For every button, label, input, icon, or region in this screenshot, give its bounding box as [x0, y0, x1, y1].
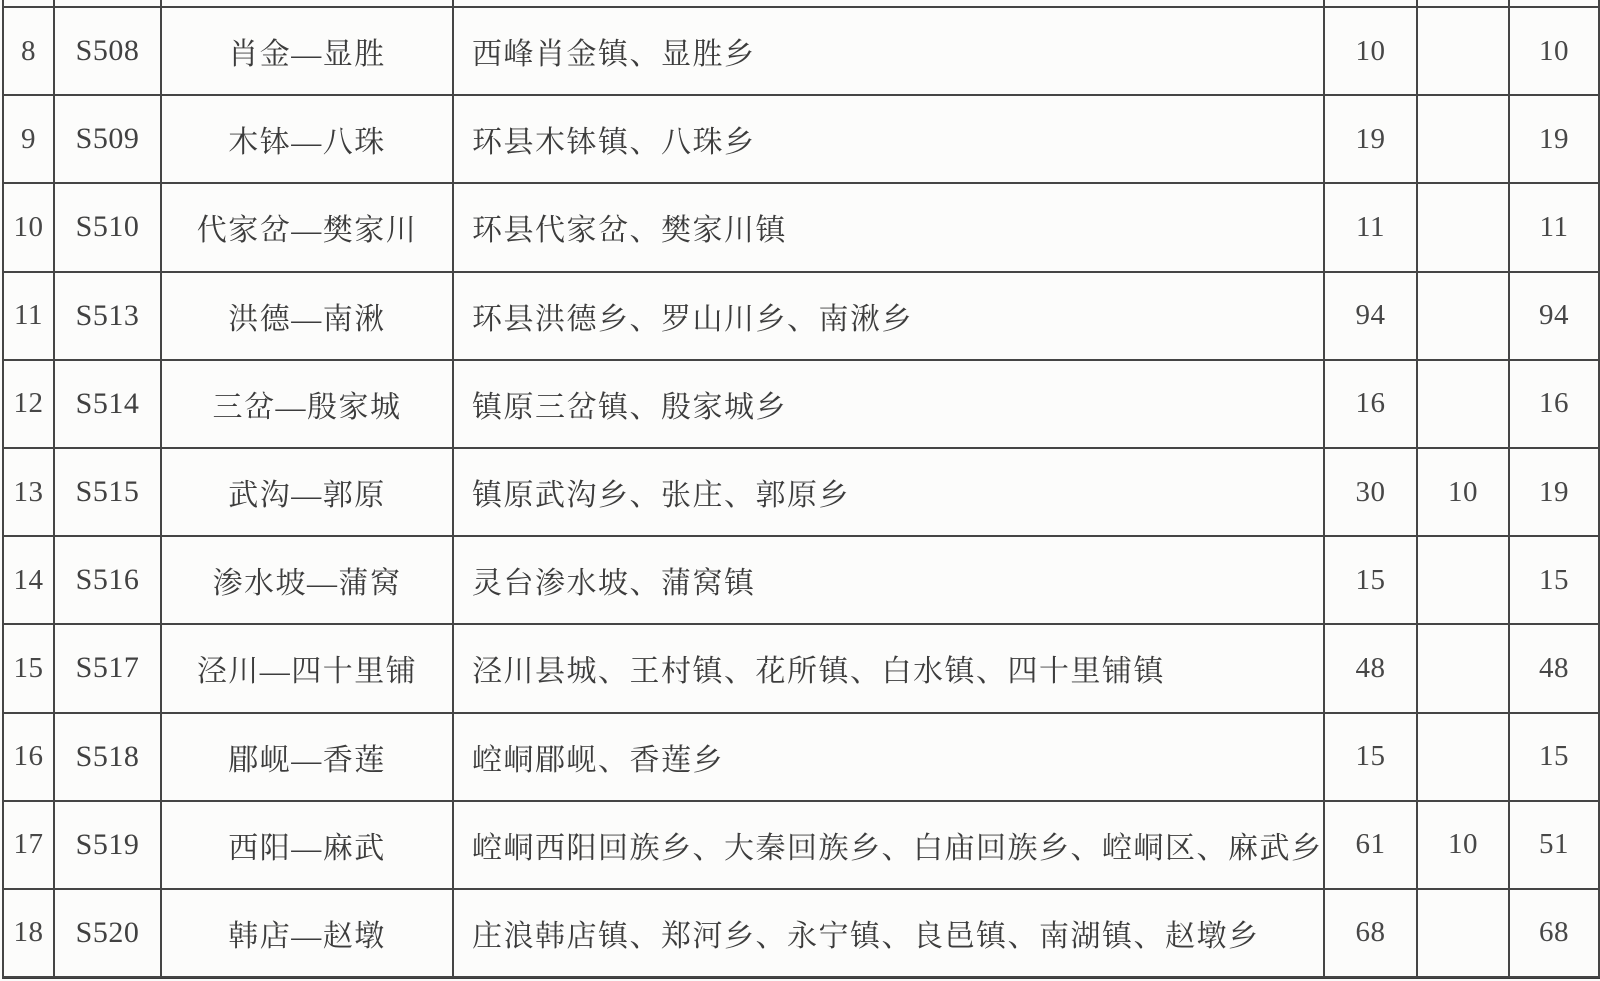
- route-name: 韩店—赵墩: [162, 890, 454, 978]
- row-index: 13: [4, 449, 55, 537]
- route-name: 代家岔—樊家川: [162, 184, 454, 272]
- route-code: S518: [55, 714, 162, 802]
- route-km-last: 15: [1510, 537, 1600, 625]
- route-code: S516: [55, 537, 162, 625]
- route-km-last: 19: [1510, 449, 1600, 537]
- route-towns: 泾川县城、王村镇、花所镇、白水镇、四十里铺镇: [454, 625, 1325, 713]
- route-towns: 灵台渗水坡、蒲窝镇: [454, 537, 1325, 625]
- route-towns: 镇原武沟乡、张庄、郭原乡: [454, 449, 1325, 537]
- row-index: 8: [4, 8, 55, 96]
- route-towns: 镇原三岔镇、殷家城乡: [454, 361, 1325, 449]
- route-km-mid: [1418, 96, 1510, 184]
- route-km-last: 10: [1510, 8, 1600, 96]
- route-name: 郿岘—香莲: [162, 714, 454, 802]
- route-km-total: 48: [1325, 625, 1418, 713]
- route-code: S510: [55, 184, 162, 272]
- row-index: 10: [4, 184, 55, 272]
- cutoff-cell: [454, 0, 1325, 8]
- route-km-last: 11: [1510, 184, 1600, 272]
- route-towns: 环县洪德乡、罗山川乡、南湫乡: [454, 273, 1325, 361]
- route-towns: 环县代家岔、樊家川镇: [454, 184, 1325, 272]
- route-code: S519: [55, 802, 162, 890]
- route-name: 泾川—四十里铺: [162, 625, 454, 713]
- route-km-total: 61: [1325, 802, 1418, 890]
- route-km-mid: [1418, 361, 1510, 449]
- document-page: 8 S508 肖金—显胜 西峰肖金镇、显胜乡 10 10 9 S509 木钵—八…: [0, 0, 1600, 981]
- route-towns: 庄浪韩店镇、郑河乡、永宁镇、良邑镇、南湖镇、赵墩乡: [454, 890, 1325, 978]
- route-km-mid: [1418, 537, 1510, 625]
- route-km-mid: 10: [1418, 449, 1510, 537]
- route-km-last: 51: [1510, 802, 1600, 890]
- route-code: S509: [55, 96, 162, 184]
- route-code: S517: [55, 625, 162, 713]
- row-index: 15: [4, 625, 55, 713]
- route-name: 三岔—殷家城: [162, 361, 454, 449]
- highway-routes-table: 8 S508 肖金—显胜 西峰肖金镇、显胜乡 10 10 9 S509 木钵—八…: [2, 0, 1600, 979]
- route-km-total: 11: [1325, 184, 1418, 272]
- cutoff-cell: [4, 0, 55, 8]
- cutoff-cell: [1418, 0, 1510, 8]
- route-km-mid: [1418, 184, 1510, 272]
- route-code: S514: [55, 361, 162, 449]
- row-index: 14: [4, 537, 55, 625]
- route-km-total: 19: [1325, 96, 1418, 184]
- route-code: S515: [55, 449, 162, 537]
- route-km-total: 16: [1325, 361, 1418, 449]
- route-km-total: 15: [1325, 537, 1418, 625]
- route-km-mid: 10: [1418, 802, 1510, 890]
- route-code: S508: [55, 8, 162, 96]
- route-towns: 环县木钵镇、八珠乡: [454, 96, 1325, 184]
- cutoff-cell: [162, 0, 454, 8]
- route-km-last: 15: [1510, 714, 1600, 802]
- row-index: 17: [4, 802, 55, 890]
- row-index: 11: [4, 273, 55, 361]
- route-km-mid: [1418, 273, 1510, 361]
- route-km-mid: [1418, 8, 1510, 96]
- cutoff-cell: [1325, 0, 1418, 8]
- row-index: 12: [4, 361, 55, 449]
- route-km-mid: [1418, 890, 1510, 978]
- row-index: 16: [4, 714, 55, 802]
- route-code: S520: [55, 890, 162, 978]
- route-name: 肖金—显胜: [162, 8, 454, 96]
- route-towns: 崆峒郿岘、香莲乡: [454, 714, 1325, 802]
- route-km-total: 68: [1325, 890, 1418, 978]
- route-km-last: 94: [1510, 273, 1600, 361]
- route-km-total: 30: [1325, 449, 1418, 537]
- route-km-total: 94: [1325, 273, 1418, 361]
- route-code: S513: [55, 273, 162, 361]
- route-km-last: 19: [1510, 96, 1600, 184]
- route-name: 渗水坡—蒲窝: [162, 537, 454, 625]
- route-towns: 崆峒西阳回族乡、大秦回族乡、白庙回族乡、崆峒区、麻武乡: [454, 802, 1325, 890]
- row-index: 9: [4, 96, 55, 184]
- row-index: 18: [4, 890, 55, 978]
- route-km-mid: [1418, 625, 1510, 713]
- cutoff-cell: [55, 0, 162, 8]
- route-km-last: 68: [1510, 890, 1600, 978]
- route-name: 武沟—郭原: [162, 449, 454, 537]
- route-name: 西阳—麻武: [162, 802, 454, 890]
- route-km-mid: [1418, 714, 1510, 802]
- route-km-total: 10: [1325, 8, 1418, 96]
- route-km-last: 48: [1510, 625, 1600, 713]
- route-km-last: 16: [1510, 361, 1600, 449]
- route-name: 木钵—八珠: [162, 96, 454, 184]
- cutoff-cell: [1510, 0, 1600, 8]
- route-towns: 西峰肖金镇、显胜乡: [454, 8, 1325, 96]
- route-name: 洪德—南湫: [162, 273, 454, 361]
- route-km-total: 15: [1325, 714, 1418, 802]
